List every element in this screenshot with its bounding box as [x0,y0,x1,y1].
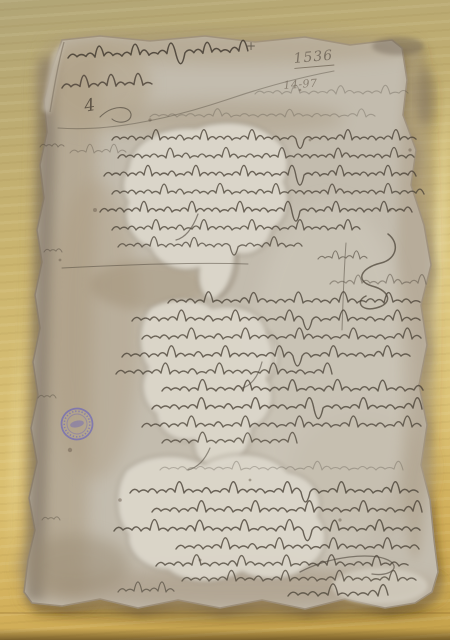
photo-bottom-vignette [0,628,450,640]
manuscript-photo [0,0,450,640]
manuscript-page-group [20,32,440,609]
paper-patch-bottom [117,454,325,581]
photo-canvas: 1536 14-97 + 4 [0,0,450,640]
ink-numeral-mark: 4 [83,97,98,116]
pencil-cross-mark: + [246,40,256,52]
pencil-year-mark: 1536 [293,49,334,69]
pencil-folio-mark: 14-97 [283,78,318,91]
